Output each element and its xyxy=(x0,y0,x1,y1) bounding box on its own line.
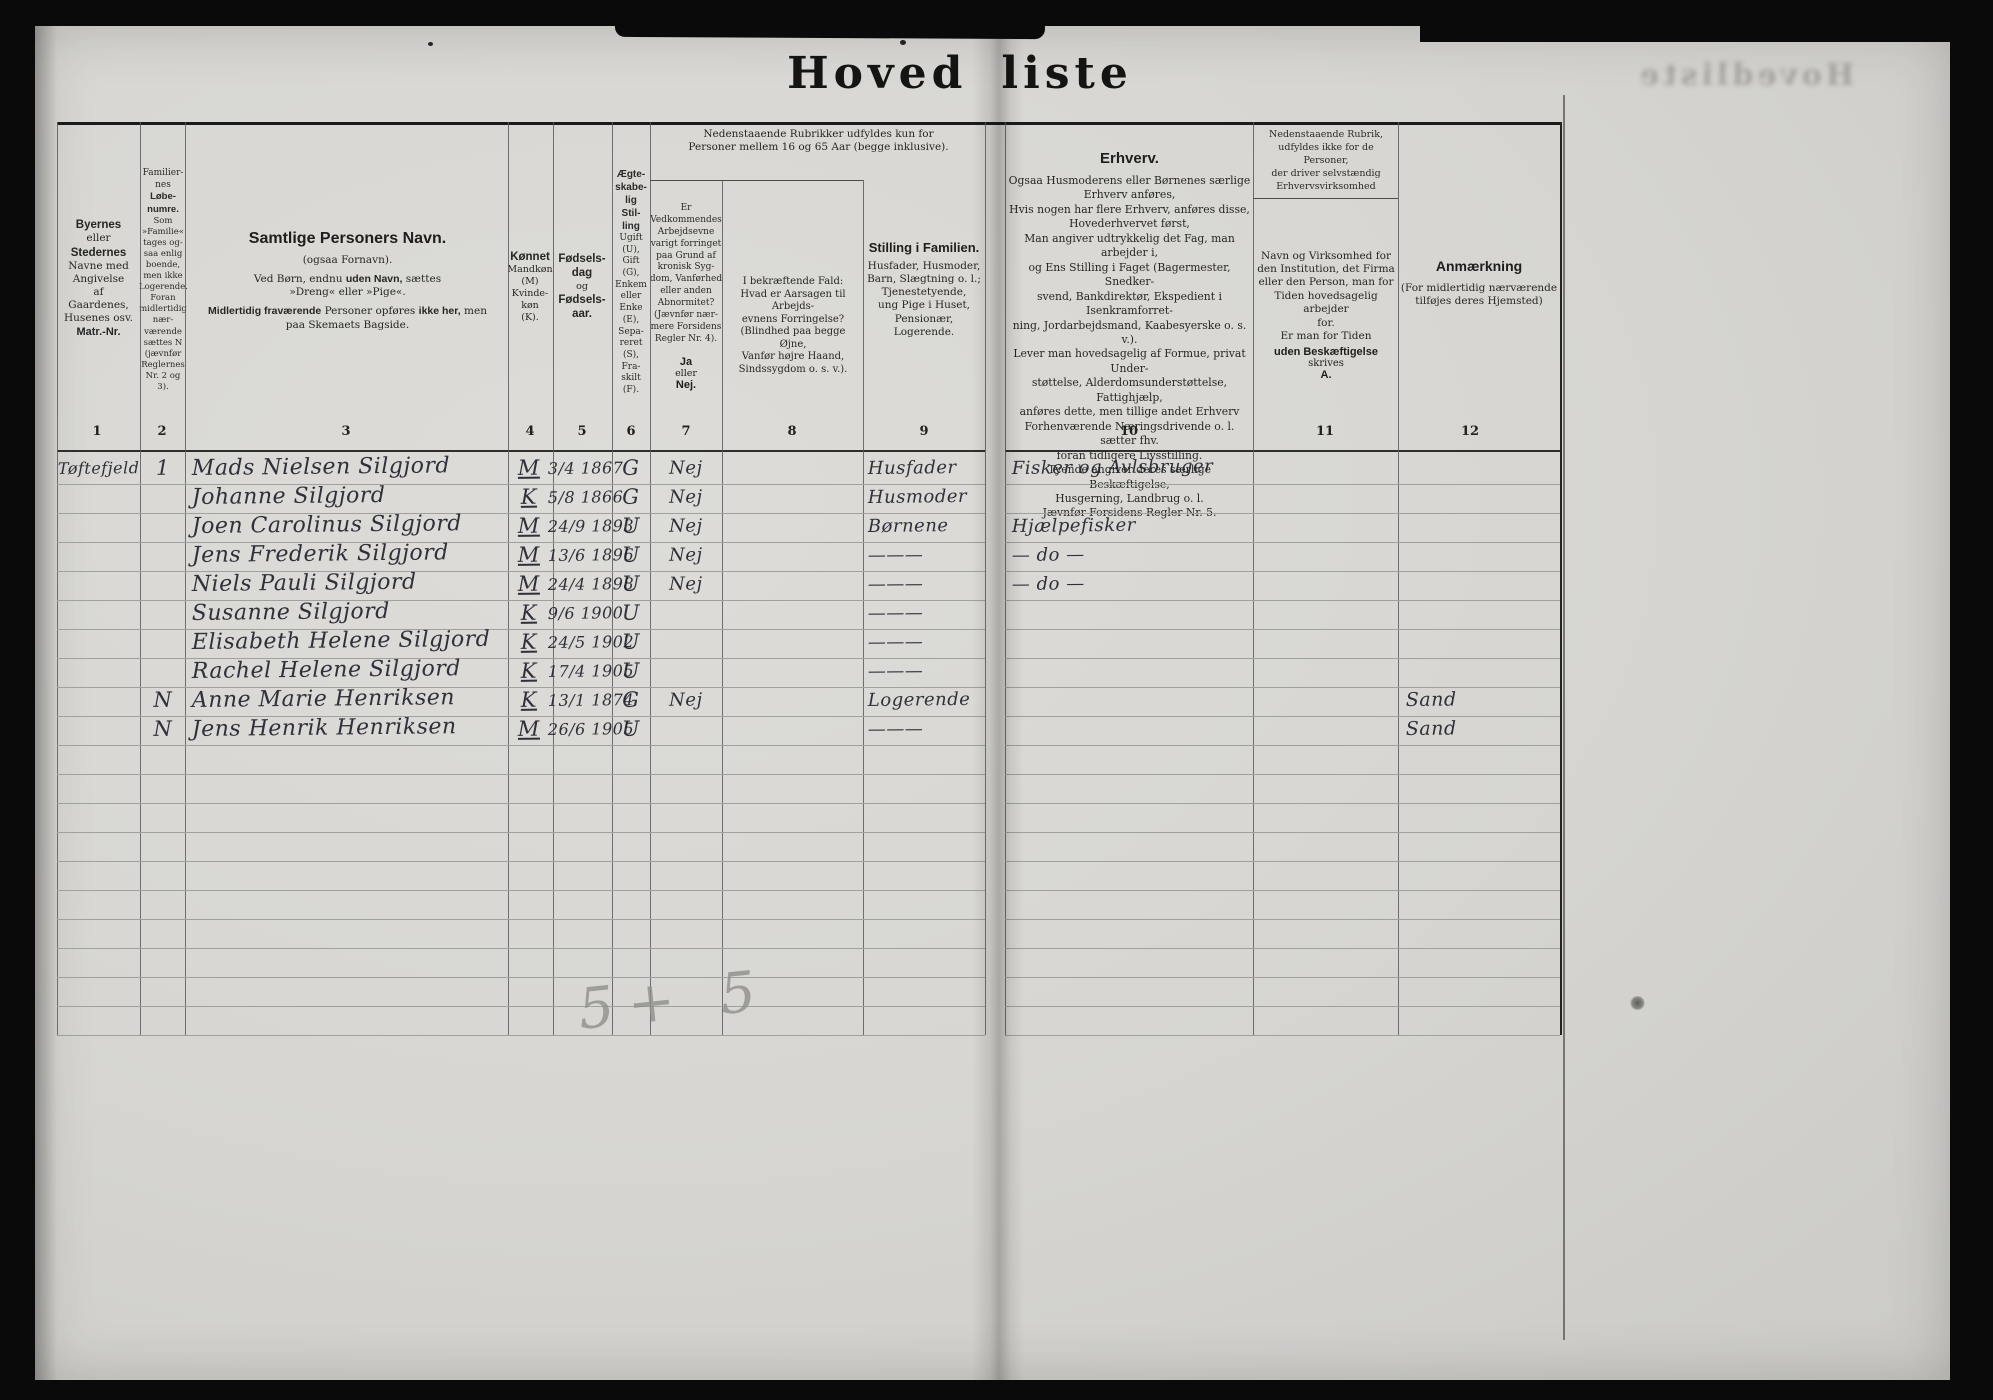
entry-row: Tøftefjeld1Mads Nielsen SilgjordM3/4 186… xyxy=(0,455,1993,484)
grid-hline xyxy=(57,832,985,833)
entry-civil: U xyxy=(612,542,650,569)
title-word-1: Hoved xyxy=(787,48,967,99)
grid-hline xyxy=(1005,861,1560,862)
col4-header: Kønnet Mandkøn (M) Kvinde- køn (K). xyxy=(505,250,555,324)
column-number-4: 4 xyxy=(510,424,550,446)
entry-row: Jens Frederik SilgjordM13/6 1896UNej————… xyxy=(0,542,1993,571)
entry-place: Tøftefjeld xyxy=(58,454,140,482)
entry-family: ——— xyxy=(868,570,984,598)
entry-family: Husfader xyxy=(868,454,984,482)
entry-occupation: Fisker og Avlsbruger xyxy=(1012,452,1252,482)
entry-no: N xyxy=(142,687,184,714)
grid-hline xyxy=(57,803,985,804)
entry-name: Jens Frederik Silgjord xyxy=(192,539,507,569)
entry-name: Jens Henrik Henriksen xyxy=(192,713,507,743)
entry-able: Nej xyxy=(650,483,722,511)
entry-sex: M xyxy=(506,571,552,598)
entry-family: ——— xyxy=(868,657,984,685)
grid-hline xyxy=(57,122,1560,125)
entry-occupation: — do — xyxy=(1012,539,1252,569)
grid-hline xyxy=(1005,948,1560,949)
ink-spot xyxy=(1630,996,1645,1010)
age-range-banner: Nedenstaaende Rubrikker udfyldes kun for… xyxy=(652,128,985,154)
under-page-edge xyxy=(1563,95,1565,1340)
grid-hline xyxy=(57,890,985,891)
grid-hline xyxy=(1005,890,1560,891)
col10-title: Erhverv. xyxy=(1008,150,1251,167)
entry-civil: U xyxy=(612,658,650,685)
speck-1 xyxy=(428,42,433,46)
entry-born: 26/6 1905 xyxy=(548,715,616,743)
grid-hline xyxy=(57,861,985,862)
entry-civil: U xyxy=(612,600,650,627)
entry-born: 3/4 1867 xyxy=(548,454,616,482)
entry-family: Børnene xyxy=(868,512,984,540)
title-word-2: liste xyxy=(1001,48,1133,99)
column-number-3: 3 xyxy=(326,424,366,446)
entry-born: 24/9 1893 xyxy=(548,512,616,540)
speck-2 xyxy=(900,40,906,45)
scan-border-right xyxy=(1950,0,1993,1400)
entry-row: NJens Henrik HenriksenM26/6 1905U———Sand xyxy=(0,716,1993,745)
column-number-10: 10 xyxy=(1109,424,1149,446)
column-number-5: 5 xyxy=(562,424,602,446)
grid-hline xyxy=(57,774,985,775)
entry-sex: K xyxy=(506,629,552,656)
col3-header: Samtlige Personers Navn. (ogsaa Fornavn)… xyxy=(190,230,505,332)
entry-name: Rachel Helene Silgjord xyxy=(192,655,507,685)
col7-header: Er Vedkommendes Arbejdsevne varigt forri… xyxy=(648,203,724,391)
entry-family: ——— xyxy=(868,628,984,656)
entry-sex: K xyxy=(506,484,552,511)
page-title: Hoved liste xyxy=(660,48,1260,99)
entry-civil: G xyxy=(612,484,650,511)
entry-civil: U xyxy=(612,571,650,598)
column-number-6: 6 xyxy=(611,424,651,446)
grid-hline xyxy=(1005,977,1560,978)
column-number-11: 11 xyxy=(1305,424,1345,446)
entry-born: 5/8 1866 xyxy=(548,483,616,511)
entry-born: 9/6 1900 xyxy=(548,599,616,627)
entry-able: Nej xyxy=(650,541,722,569)
grid-hline xyxy=(1005,803,1560,804)
grid-hline xyxy=(57,745,985,746)
col12-title: Anmærkning xyxy=(1400,258,1558,274)
entry-civil: U xyxy=(612,629,650,656)
scan-border-left xyxy=(0,0,35,1400)
entry-row: Susanne SilgjordK9/6 1900U——— xyxy=(0,600,1993,629)
entry-civil: G xyxy=(612,455,650,482)
entry-name: Susanne Silgjord xyxy=(192,597,507,627)
grid-hline xyxy=(57,450,985,452)
entry-remark: Sand xyxy=(1406,686,1526,714)
entry-sex: M xyxy=(506,513,552,540)
entry-sex: M xyxy=(506,542,552,569)
entry-no: 1 xyxy=(142,455,184,482)
grid-hline xyxy=(650,180,863,181)
entry-family: ——— xyxy=(868,541,984,569)
grid-hline xyxy=(57,948,985,949)
entry-born: 24/4 1898 xyxy=(548,570,616,598)
scan-blob-top-center xyxy=(615,0,1045,39)
entry-name: Johanne Silgjord xyxy=(192,481,507,511)
entry-family: Husmoder xyxy=(868,483,984,511)
entry-able: Nej xyxy=(650,570,722,598)
grid-hline xyxy=(1005,919,1560,920)
entry-born: 13/1 1874 xyxy=(548,686,616,714)
col6-header: Ægte- skabe- lig Stil- ling Ugift (U), G… xyxy=(609,168,653,397)
entry-name: Mads Nielsen Silgjord xyxy=(192,452,507,482)
col3-title: Samtlige Personers Navn. xyxy=(190,230,505,248)
grid-hline xyxy=(1005,745,1560,746)
entry-row: Elisabeth Helene SilgjordK24/5 1902U——— xyxy=(0,629,1993,658)
grid-hline xyxy=(57,1035,985,1036)
entry-row: NAnne Marie HenriksenK13/1 1874GNejLoger… xyxy=(0,687,1993,716)
grid-hline xyxy=(1253,198,1398,199)
entry-row: Rachel Helene SilgjordK17/4 1905U——— xyxy=(0,658,1993,687)
col12-header: Anmærkning (For midlertidig nærværende t… xyxy=(1400,258,1558,308)
entry-born: 24/5 1902 xyxy=(548,628,616,656)
entry-sex: K xyxy=(506,600,552,627)
col9-header: Stilling i Familien. Husfader, Husmoder,… xyxy=(864,240,984,339)
column-number-12: 12 xyxy=(1450,424,1490,446)
entry-sex: K xyxy=(506,658,552,685)
column-number-7: 7 xyxy=(666,424,706,446)
grid-hline xyxy=(57,1006,985,1007)
scanned-census-sheet: Hoved liste Byernes eller Stedernes Navn… xyxy=(0,0,1993,1400)
entry-row: Niels Pauli SilgjordM24/4 1898UNej———— d… xyxy=(0,571,1993,600)
entry-occupation: — do — xyxy=(1012,568,1252,598)
entry-civil: G xyxy=(612,687,650,714)
entry-family: ——— xyxy=(868,599,984,627)
col5-header: Fødsels- dag og Fødsels- aar. xyxy=(550,252,614,321)
column-number-9: 9 xyxy=(904,424,944,446)
entry-born: 13/6 1896 xyxy=(548,541,616,569)
grid-hline xyxy=(57,919,985,920)
scan-border-bottom xyxy=(0,1380,1993,1400)
entry-family: ——— xyxy=(868,715,984,743)
col1-header: Byernes eller Stedernes Navne med Angive… xyxy=(57,218,140,339)
entry-occupation: Hjælpefisker xyxy=(1012,510,1252,540)
grid-hline xyxy=(1005,1035,1560,1036)
entry-sex: K xyxy=(506,687,552,714)
entry-name: Anne Marie Henriksen xyxy=(192,684,507,714)
column-number-8: 8 xyxy=(772,424,812,446)
entry-row: Joen Carolinus SilgjordM24/9 1893UNejBør… xyxy=(0,513,1993,542)
entry-able: Nej xyxy=(650,686,722,714)
column-number-1: 1 xyxy=(77,424,117,446)
entry-name: Elisabeth Helene Silgjord xyxy=(192,626,507,656)
entry-name: Niels Pauli Silgjord xyxy=(192,568,507,598)
ghost-text: Hovedliste xyxy=(1575,58,1915,93)
entry-sex: M xyxy=(506,455,552,482)
grid-hline xyxy=(57,977,985,978)
entry-able: Nej xyxy=(650,454,722,482)
entry-born: 17/4 1905 xyxy=(548,657,616,685)
column-number-2: 2 xyxy=(142,424,182,446)
entry-no: N xyxy=(142,716,184,743)
entry-name: Joen Carolinus Silgjord xyxy=(192,510,507,540)
entry-able: Nej xyxy=(650,512,722,540)
entry-civil: U xyxy=(612,513,650,540)
entry-remark: Sand xyxy=(1406,715,1526,743)
col11-header: Nedenstaaende Rubrik, udfyldes ikke for … xyxy=(1256,128,1396,381)
col9-title: Stilling i Familien. xyxy=(864,240,984,255)
col2-header: Familier- nes Løbe- numre. Som »Familie«… xyxy=(139,168,187,393)
entry-row: Johanne SilgjordK5/8 1866GNejHusmoder xyxy=(0,484,1993,513)
scan-blob-top-right xyxy=(1420,0,1965,42)
entry-civil: U xyxy=(612,716,650,743)
entry-sex: M xyxy=(506,716,552,743)
grid-hline xyxy=(1005,832,1560,833)
grid-hline xyxy=(1005,774,1560,775)
grid-hline xyxy=(1005,1006,1560,1007)
grid-hline xyxy=(1005,450,1560,452)
col8-header: I bekræftende Fald: Hvad er Aarsagen til… xyxy=(726,276,860,376)
entry-family: Logerende xyxy=(868,686,984,714)
